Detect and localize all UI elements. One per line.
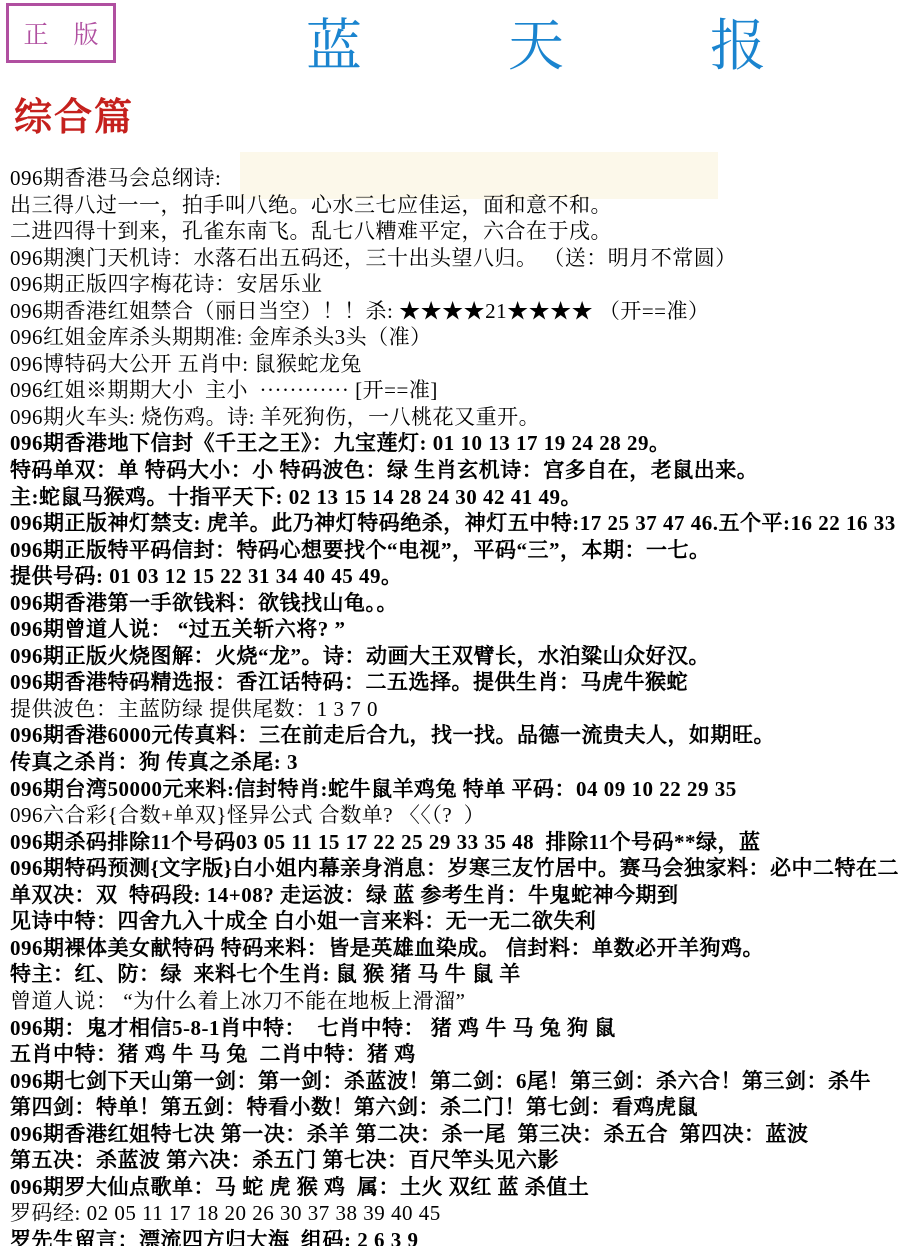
newspaper-title: 蓝 天 报 <box>306 14 832 81</box>
report-line: 第五决：杀蓝波 第六决：杀五门 第七决：百尺竿头见六影 <box>10 1147 900 1174</box>
report-line: 096期香港地下信封《千王之王》：九宝莲灯: 01 10 13 17 19 24… <box>10 430 900 457</box>
report-line: 096期香港红姐特七决 第一决：杀羊 第二决：杀一尾 第三决：杀五合 第四决：蓝… <box>10 1121 900 1148</box>
report-line: 096期曾道人说： “过五关斩六将? ” <box>10 616 900 643</box>
report-line: 096期火车头: 烧伤鸡。诗: 羊死狗伤，一八桃花又重开。 <box>10 404 900 431</box>
report-line: 096期香港红姐禁合（丽日当空）！！杀: ★★★★21★★★★ （开==准） <box>10 298 900 325</box>
report-line: 主:蛇鼠马猴鸡。十指平天下: 02 13 15 14 28 24 30 42 4… <box>10 484 900 511</box>
report-line: 096期：鬼才相信5-8-1肖中特： 七肖中特： 猪 鸡 牛 马 兔 狗 鼠 <box>10 1015 900 1042</box>
report-line: 096期正版四字梅花诗：安居乐业 <box>10 271 900 298</box>
report-line: 096期正版神灯禁支: 虎羊。此乃神灯特码绝杀，神灯五中特:17 25 37 4… <box>10 510 900 537</box>
report-line: 特码单双：单 特码大小：小 特码波色：绿 生肖玄机诗：宫多自在，老鼠出来。 <box>10 457 900 484</box>
report-line: 096期香港6000元传真料：三在前走后合九，找一找。品德一流贵夫人，如期旺。 <box>10 722 900 749</box>
report-line: 见诗中特：四舍九入十成全 白小姐一言来料：无一无二欲失利 <box>10 908 900 935</box>
authentic-edition-badge: 正 版 <box>6 3 116 63</box>
report-line: 特主：红、防：绿 来料七个生肖: 鼠 猴 猪 马 牛 鼠 羊 <box>10 961 900 988</box>
report-line: 096期香港特码精选报：香江话特码：二五选择。提供生肖：马虎牛猴蛇 <box>10 669 900 696</box>
report-line: 096期正版火烧图解：火烧“龙”。诗：动画大王双臂长，水泊粱山众好汉。 <box>10 643 900 670</box>
report-lines: 096期香港马会总纲诗:出三得八过一一，拍手叫八绝。心水三七应佳运，面和意不和。… <box>10 165 900 1246</box>
report-line: 096期澳门天机诗：水落石出五码还，三十出头望八归。 （送：明月不常圆） <box>10 245 900 272</box>
report-line: 096期台湾50000元来料:信封特肖:蛇牛鼠羊鸡兔 特单 平码：04 09 1… <box>10 776 900 803</box>
report-line: 096期特码预测{文字版}白小姐内幕亲身消息：岁寒三友竹居中。赛马会独家料：必中… <box>10 855 900 882</box>
authentic-edition-label: 正 版 <box>23 15 98 51</box>
report-line: 096期香港第一手欲钱料：欲钱找山龟。。 <box>10 590 900 617</box>
report-line: 罗先生留言：漂流四方归大海 组码: 2 6 3 9 <box>10 1227 900 1246</box>
report-line: 096期罗大仙点歌单：马 蛇 虎 猴 鸡 属：土火 双红 蓝 杀值土 <box>10 1174 900 1201</box>
report-line: 五肖中特：猪 鸡 牛 马 兔 二肖中特：猪 鸡 <box>10 1041 900 1068</box>
report-line: 096期裸体美女献特码 特码来料：皆是英雄血染成。 信封料：单数必开羊狗鸡。 <box>10 935 900 962</box>
report-line: 提供号码: 01 03 12 15 22 31 34 40 45 49。 <box>10 563 900 590</box>
report-line: 096六合彩{合数+单双}怪异公式 合数单? 〈〈（? ） <box>10 802 900 829</box>
report-line: 单双决：双 特码段: 14+08? 走运波：绿 蓝 参考生肖：牛鬼蛇神今期到 <box>10 882 900 909</box>
report-line: 出三得八过一一，拍手叫八绝。心水三七应佳运，面和意不和。 <box>10 192 900 219</box>
report-line: 二进四得十到来，孔雀东南飞。乱七八糟难平定，六合在于戌。 <box>10 218 900 245</box>
section-heading: 综合篇 <box>14 86 134 141</box>
report-line: 096期正版特平码信封：特码心想要找个“电视”，平码“三”，本期：一七。 <box>10 537 900 564</box>
report-line: 罗码经: 02 05 11 17 18 20 26 30 37 38 39 40… <box>10 1200 900 1227</box>
report-line: 096期七剑下天山第一剑：第一剑：杀蓝波！第二剑：6尾！第三剑：杀六合！第三剑：… <box>10 1068 900 1095</box>
report-line: 096博特码大公开 五肖中: 鼠猴蛇龙兔 <box>10 351 900 378</box>
report-line: 提供波色：主蓝防绿 提供尾数：1 3 7 0 <box>10 696 900 723</box>
report-line: 第四剑：特单！第五剑：特看小数！第六剑：杀二门！第七剑：看鸡虎鼠 <box>10 1094 900 1121</box>
report-line: 096期香港马会总纲诗: <box>10 165 900 192</box>
report-line: 096期杀码排除11个号码03 05 11 15 17 22 25 29 33 … <box>10 829 900 856</box>
report-line: 096红姐※期期大小 主小 ············ [开==准] <box>10 377 900 404</box>
report-line: 曾道人说： “为什么着上冰刀不能在地板上滑溜” <box>10 988 900 1015</box>
report-line: 096红姐金库杀头期期准: 金库杀头3头（准） <box>10 324 900 351</box>
report-line: 传真之杀肖：狗 传真之杀尾: 3 <box>10 749 900 776</box>
